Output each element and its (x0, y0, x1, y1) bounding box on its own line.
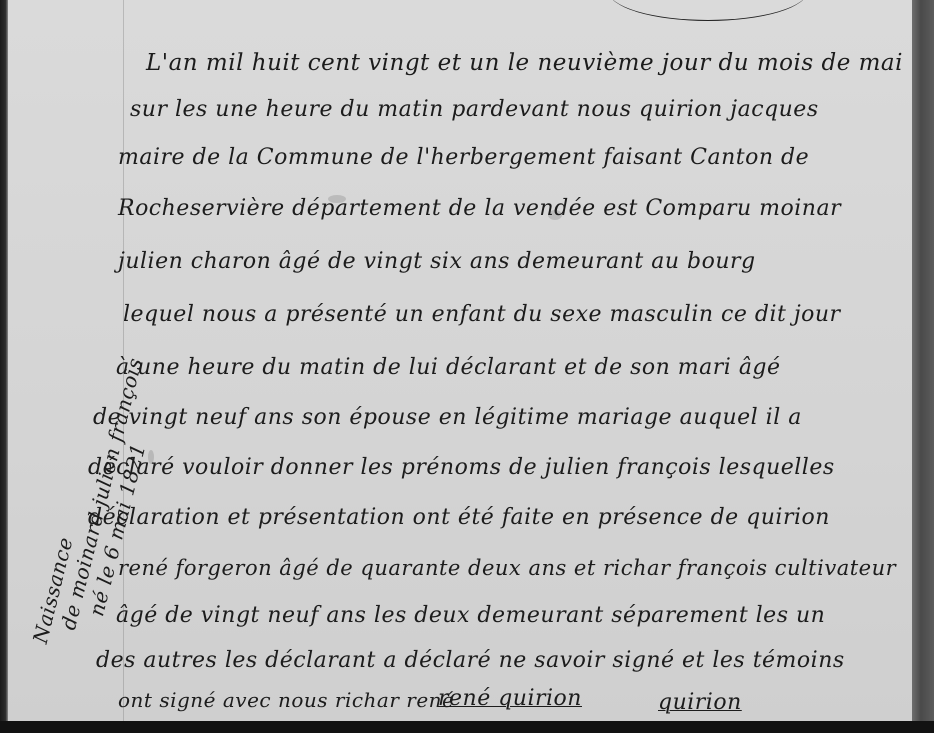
record-line: ont signé avec nous richar rené (118, 688, 454, 712)
record-line: Rocheservière département de la vendée e… (118, 196, 841, 221)
record-line: des autres les déclarant a déclaré ne sa… (96, 648, 845, 673)
document-scan: Naissance de moinard julien françois né … (0, 0, 934, 733)
record-line: julien charon âgé de vingt six ans demeu… (118, 249, 756, 274)
signature-quirion-mayor: quirion (658, 690, 742, 715)
record-line: à une heure du matin de lui déclarant et… (116, 355, 781, 380)
record-line: lequel nous a présenté un enfant du sexe… (123, 302, 841, 327)
signature-quirion-rene: rené quirion (438, 686, 582, 711)
book-binding-edge (0, 0, 8, 733)
page-right-edge (912, 0, 934, 733)
record-line: rené forgeron âgé de quarante deux ans e… (118, 556, 896, 580)
record-line: sur les une heure du matin pardevant nou… (130, 97, 819, 122)
ink-flourish (608, 0, 808, 21)
record-line: âgé de vingt neuf ans les deux demeurant… (116, 603, 825, 628)
record-line: L'an mil huit cent vingt et un le neuviè… (146, 50, 903, 76)
record-line: maire de la Commune de l'herbergement fa… (118, 145, 809, 170)
register-page: Naissance de moinard julien françois né … (8, 0, 912, 722)
record-line: déclaré vouloir donner les prénoms de ju… (88, 455, 835, 480)
record-line: de vingt neuf ans son épouse en légitime… (93, 405, 802, 430)
page-bottom-edge (0, 721, 934, 733)
record-line: déclaration et présentation ont été fait… (88, 505, 830, 530)
